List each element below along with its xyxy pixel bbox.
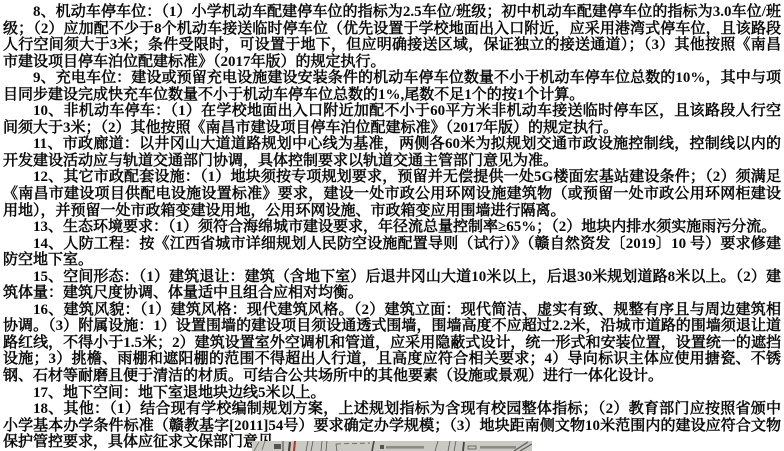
site-plan-scan-lines — [252, 441, 532, 451]
clause-10-non-motor-parking: 10、非机动车停车：（1）在学校地面出入口附近加配不小于60平方米非机动车接送临… — [3, 103, 781, 136]
clause-12-other-municipal-facilities: 12、其它市政配套设施：（1）地块须按专项规划要求，预留并无偿提供一处5G楼面宏… — [3, 169, 781, 219]
clause-11-municipal-corridor: 11、市政廊道：以井冈山大道道路规划中心线为基准，两侧各60米为拟规划交通市政设… — [3, 136, 781, 169]
clause-17-underground-space: 17、地下空间：地下室退地块边线5米以上。 — [3, 385, 781, 402]
site-plan-image-fragment — [252, 441, 532, 451]
clause-14-civil-air-defense: 14、人防工程：按《江西省城市详细规划人民防空设施配置导则（试行）》（赣自然资发… — [3, 236, 781, 269]
clause-16-architectural-style: 16、建筑风貌：（1）建筑风格：现代建筑风格。（2）建筑立面：现代简洁、虚实有致… — [3, 302, 781, 385]
clause-8-motor-vehicle-parking: 8、机动车停车位：（1）小学机动车配建停车位的指标为2.5车位/班级；初中机动车… — [3, 4, 781, 70]
clause-9-charging-spaces: 9、充电车位：建设或预留充电设施建设安装条件的机动车停车位数量不小于机动车停车位… — [3, 70, 781, 103]
clause-13-ecological-environment: 13、生态环境要求：（1）须符合海绵城市建设要求，年径流总量控制率≥65%；（2… — [3, 219, 781, 236]
clause-15-spatial-form: 15、空间形态：（1）建筑退让：建筑（含地下室）后退井冈山大道10米以上，后退3… — [3, 269, 781, 302]
planning-conditions-document: 8、机动车停车位：（1）小学机动车配建停车位的指标为2.5车位/班级；初中机动车… — [0, 0, 784, 451]
